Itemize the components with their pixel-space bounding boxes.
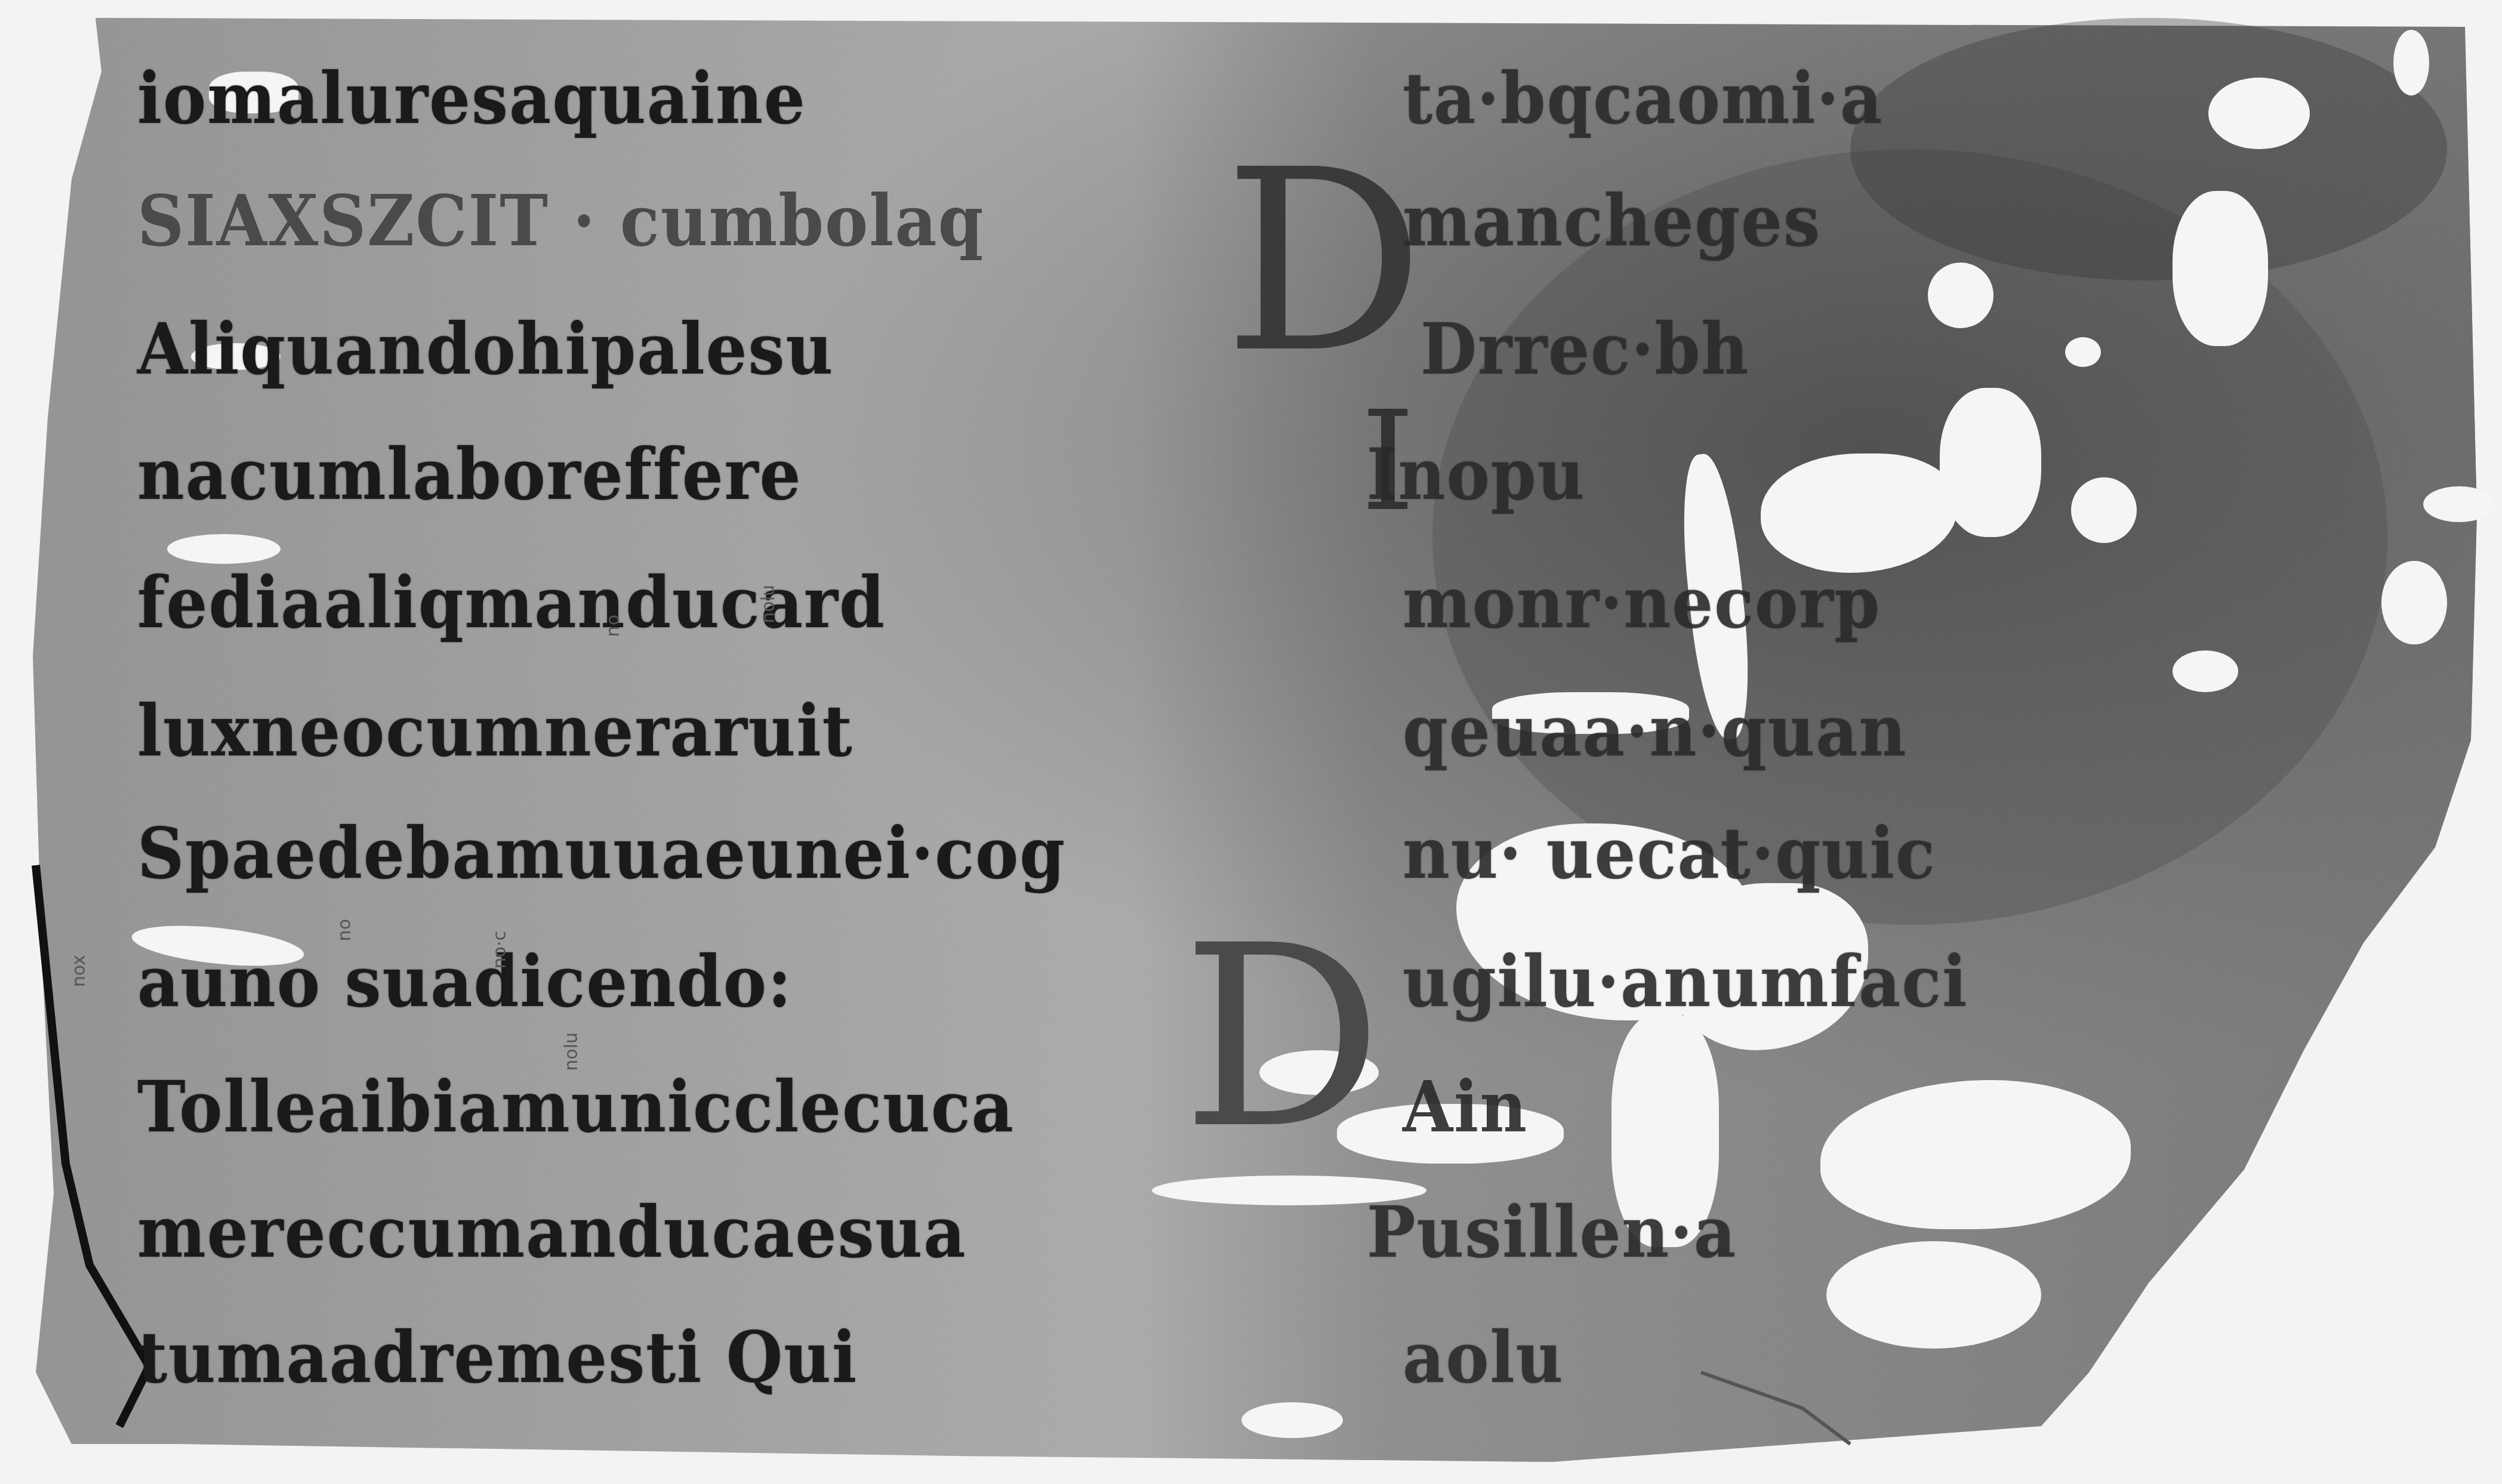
text-line: Spaedebamuuaeunei·cog	[137, 814, 1066, 898]
photograph-background: iomaluresaquaine SIAXSZCIT · cumbolaq Al…	[0, 0, 2502, 1484]
damage-hole	[1928, 263, 1993, 328]
text-line: mancheges	[1403, 182, 1821, 266]
text-line: nu· uecat·quic	[1403, 814, 1936, 898]
text-line: luxneocumneraruit	[137, 692, 853, 776]
damage-hole	[1826, 1241, 2041, 1349]
decorated-initial: D	[1224, 137, 1425, 388]
text-line: nacumlaboreffere	[137, 436, 802, 519]
damage-hole	[2065, 337, 2101, 367]
text-line: ugilu·anumfaci	[1403, 943, 1968, 1026]
marginal-gloss: nox	[69, 955, 90, 987]
damage-hole	[2071, 477, 2137, 543]
text-line: auno suadicendo:	[137, 943, 793, 1026]
marginal-gloss: no	[334, 919, 355, 941]
marginal-gloss: nolu	[561, 1032, 582, 1071]
decorated-initial: D	[1182, 913, 1383, 1164]
text-line: Ain	[1403, 1068, 1528, 1152]
damage-hole	[2393, 30, 2429, 95]
manuscript-fragment: iomaluresaquaine SIAXSZCIT · cumbolaq Al…	[0, 0, 2502, 1484]
text-line: ta·bqcaomi·a	[1403, 60, 1883, 143]
damage-hole	[2208, 78, 2310, 149]
text-line: tumaadremesti Qui	[137, 1319, 858, 1402]
marginal-gloss: nolu	[758, 585, 779, 624]
damage-hole	[2423, 486, 2495, 522]
damage-hole	[1241, 1402, 1343, 1438]
text-line: aolu	[1403, 1319, 1564, 1402]
text-line: Pusillen·a	[1367, 1193, 1737, 1277]
damage-hole	[2381, 561, 2447, 644]
damage-hole	[2173, 191, 2268, 346]
marginal-gloss: no	[603, 615, 624, 637]
damage-hole	[167, 534, 281, 564]
damage-hole	[1940, 388, 2041, 537]
text-line: iomaluresaquaine	[137, 60, 806, 143]
text-line: mereccumanducaesua	[137, 1193, 966, 1277]
text-line: SIAXSZCIT · cumbolaq	[137, 182, 984, 266]
text-line: Aliquandohipalesu	[137, 310, 834, 394]
text-line: monr·necorp	[1403, 564, 1881, 647]
text-line: Drrec·bh	[1421, 310, 1749, 394]
text-line: Tolleaibiamunicclecuca	[137, 1068, 1015, 1152]
damage-hole	[2173, 650, 2238, 692]
text-line: Inopu	[1367, 436, 1585, 519]
marginal-gloss: no·c	[489, 931, 510, 968]
text-line: qeuaa·n·quan	[1403, 692, 1907, 776]
